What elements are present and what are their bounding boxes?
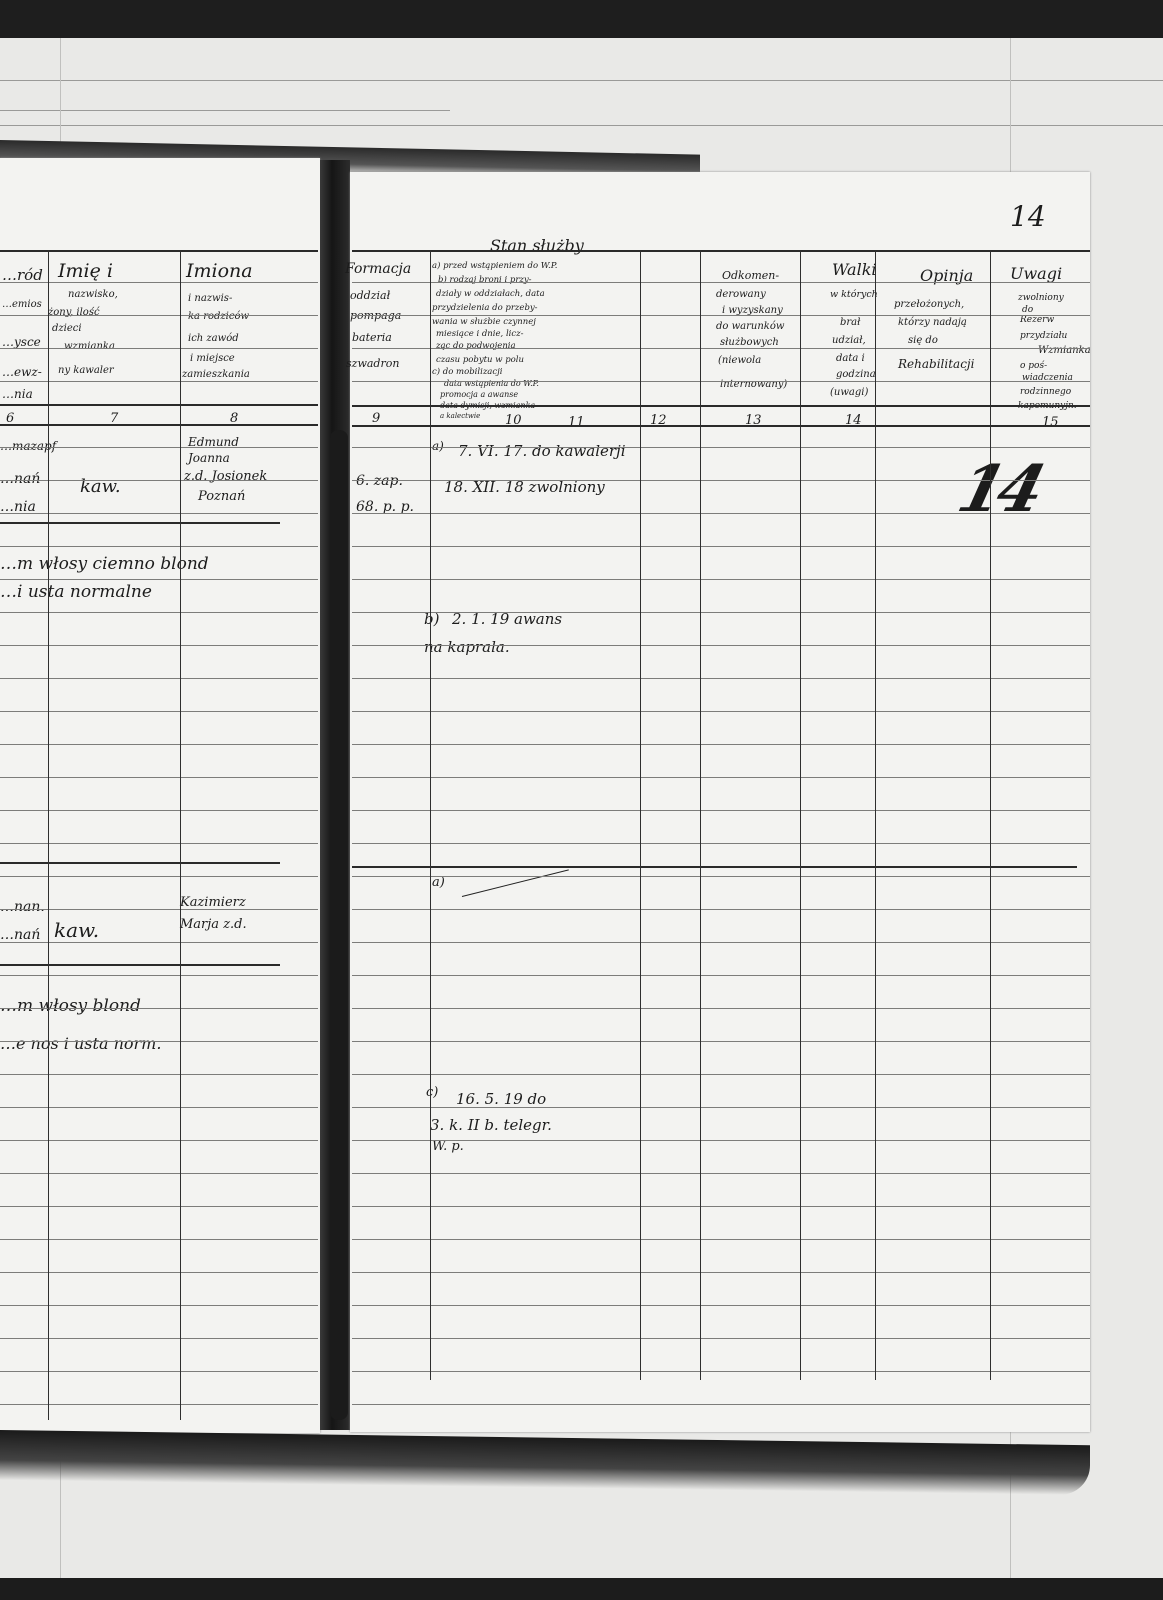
col8-header-title: Imiona: [186, 262, 253, 282]
col14-header-line: którzy nadają: [898, 318, 967, 329]
col12-header-line: (niewola: [718, 356, 761, 367]
column-divider: [180, 250, 181, 1420]
ruling-line: [352, 876, 1090, 877]
ruling-line: [352, 579, 1090, 580]
column-divider: [640, 250, 641, 1380]
background-rule: [0, 110, 450, 111]
col10-header-line: b) rodzaj broni i przy-: [438, 276, 532, 285]
ruling-line: [352, 425, 1090, 427]
record-parent-residence: Poznań: [198, 490, 245, 504]
ruling-line: [352, 1338, 1090, 1339]
record-formation: 6. zap.: [356, 474, 403, 489]
column-divider: [48, 250, 49, 1420]
col8-header-line: i nazwis-: [188, 294, 232, 305]
scan-border-bottom: [0, 1578, 1163, 1600]
column-divider: [990, 250, 991, 1380]
ruling-line: [0, 522, 280, 524]
ruling-line: [352, 843, 1090, 844]
record-parent-name: Kazimierz: [180, 896, 246, 910]
record-service-entry: 16. 5. 19 do: [456, 1092, 546, 1108]
background-rule: [0, 125, 1163, 126]
col13-header-line: brał: [840, 318, 860, 329]
col10-header-line: czasu pobytu w polu: [436, 356, 524, 365]
col15-header-line: Rezerw: [1020, 316, 1054, 325]
col12-header-line: do warunków: [716, 322, 784, 333]
col14-header-line: przełożonych,: [894, 300, 964, 311]
record-service-entry: 2. 1. 19 awans: [452, 612, 562, 628]
ruling-line: [352, 405, 1090, 407]
ruling-line: [352, 942, 1090, 943]
ruling-line: [352, 1107, 1090, 1108]
ruling-line: [352, 480, 1090, 481]
ruling-line: [352, 645, 1090, 646]
col13-header-line: w których: [830, 290, 878, 300]
col10-header-line: c) do mobilizacji: [432, 368, 502, 377]
col15-header-line: przydziału: [1020, 332, 1067, 341]
col13-header-title: Walki: [832, 262, 877, 279]
ruling-line: [352, 810, 1090, 811]
record-service-entry: 18. XII. 18 zwolniony: [444, 480, 605, 496]
col8-header-line: ich zawód: [188, 334, 239, 345]
ruling-line: [352, 1272, 1090, 1273]
col12-header-line: służbowych: [720, 338, 779, 349]
ruling-line: [352, 1074, 1090, 1075]
col10-header-line: promocja a awanse: [440, 391, 518, 399]
col9-header-line: szwadron: [346, 358, 399, 370]
ruling-line: [352, 744, 1090, 745]
book-fold-shadow: [330, 430, 348, 1420]
column-number: 11: [568, 416, 585, 430]
record-col6-text: …nań: [0, 928, 40, 943]
col15-header-line: rodzinnego: [1020, 388, 1071, 397]
record-service-label: b): [424, 612, 439, 628]
ruling-line: [352, 1173, 1090, 1174]
background-rule: [0, 80, 1163, 81]
col15-header-line: o poś-: [1020, 362, 1047, 371]
col9-header-line: Formacja: [345, 262, 411, 277]
ruling-line: [352, 282, 1090, 283]
record-col6-text: …nan.: [0, 900, 45, 915]
col7-header-line: dzieci: [52, 324, 82, 335]
col7-header-line: nazwisko,: [68, 290, 118, 301]
ruling-line: [352, 1206, 1090, 1207]
col12-header-line: derowany: [716, 290, 766, 301]
ruling-line: [352, 1041, 1090, 1042]
ruling-line: [352, 777, 1090, 778]
col7-header-line: ny kawaler: [58, 366, 114, 377]
col10-header-line: miesiące i dnie, licz-: [436, 330, 524, 339]
col7-header-line: żony, ilość: [48, 308, 100, 319]
ruling-line: [352, 315, 1090, 316]
column-divider: [700, 250, 701, 1380]
record-service-entry: W. p.: [432, 1140, 464, 1154]
col13-header-line: (uwagi): [830, 388, 868, 399]
column-divider: [430, 250, 431, 1380]
record-description: …m włosy blond: [0, 998, 141, 1016]
col8-header-line: zamieszkania: [182, 370, 250, 381]
ruling-line: [352, 381, 1090, 382]
ruling-line: [352, 1008, 1090, 1009]
ruling-line: [352, 447, 1090, 448]
col12-header-line: Odkomen-: [722, 270, 779, 282]
record-col7-text: kaw.: [54, 920, 99, 941]
ruling-line: [352, 1239, 1090, 1240]
col10-header-line: przydzielenia do przeby-: [432, 304, 538, 313]
col15-header-title: Uwagi: [1010, 266, 1062, 283]
col6-header-line: …nia: [2, 388, 33, 401]
column-number: 9: [372, 412, 380, 426]
col9-header-line: oddział: [350, 290, 390, 302]
record-service-entry: na kaprala.: [424, 640, 510, 656]
record-parent-name: Joanna: [188, 452, 230, 465]
record-service-label: a): [432, 876, 445, 890]
ruling-line: [352, 1305, 1090, 1306]
record-parent-name: Marja z.d.: [180, 918, 247, 932]
col7-header-title: Imię i: [58, 262, 113, 282]
ruling-line: [352, 546, 1090, 547]
ruling-line: [352, 513, 1090, 514]
column-divider: [800, 250, 801, 1380]
col10-header-line: a kalectwie: [440, 413, 480, 420]
col10-header-line: działy w oddziałach, data: [436, 290, 545, 299]
col15-header-line: zwolniony: [1018, 294, 1064, 303]
record-service-label: c): [426, 1086, 438, 1100]
col6-header-line: …ewz-: [2, 366, 42, 379]
ruling-line: [352, 250, 1090, 252]
col10-header-title: Stan służby: [490, 238, 584, 255]
ruling-line: [352, 975, 1090, 976]
col13-header-line: data i: [836, 354, 865, 365]
page-number: 14: [1010, 202, 1046, 231]
record-description: …i usta normalne: [0, 584, 152, 602]
ruling-line: [352, 1140, 1090, 1141]
col13-header-line: udział,: [832, 336, 866, 347]
col10-header-line: ząc do podwojenia: [436, 342, 516, 351]
ruling-line: [352, 1371, 1090, 1372]
record-description: …e nos i usta norm.: [0, 1036, 161, 1053]
record-description: …m włosy ciemno blond: [0, 556, 209, 574]
column-divider: [875, 250, 876, 1380]
ruling-line: [352, 711, 1090, 712]
col15-header-line: wiadczenia: [1022, 374, 1073, 383]
col9-header-line: bateria: [352, 332, 392, 344]
ruling-line: [352, 348, 1090, 349]
col14-header-line: Rehabilitacji: [898, 358, 974, 371]
record-service-entry: 3. k. II b. telegr.: [430, 1118, 552, 1134]
ruling-line: [352, 678, 1090, 679]
record-parent-maiden-name: z.d. Josionek: [184, 470, 267, 484]
ruling-line: [0, 964, 280, 966]
col8-header-line: i miejsce: [190, 354, 235, 365]
ruling-line: [0, 862, 280, 864]
column-number: 15: [1042, 416, 1059, 430]
ruling-line: [352, 1404, 1090, 1405]
col10-header-line: wania w służbie czynnej: [432, 318, 536, 327]
col13-header-line: godzina: [836, 370, 876, 381]
ruling-line: [352, 909, 1090, 910]
col10-header-line: a) przed wstąpieniem do W.P.: [432, 262, 557, 271]
ruling-line: [352, 612, 1090, 613]
ruling-line: [352, 866, 1077, 868]
col6-header-line: …ysce: [2, 336, 41, 349]
col14-header-line: się do: [908, 336, 938, 347]
col8-header-line: ka rodziców: [188, 312, 249, 323]
col6-header-line: …emios: [2, 300, 42, 311]
